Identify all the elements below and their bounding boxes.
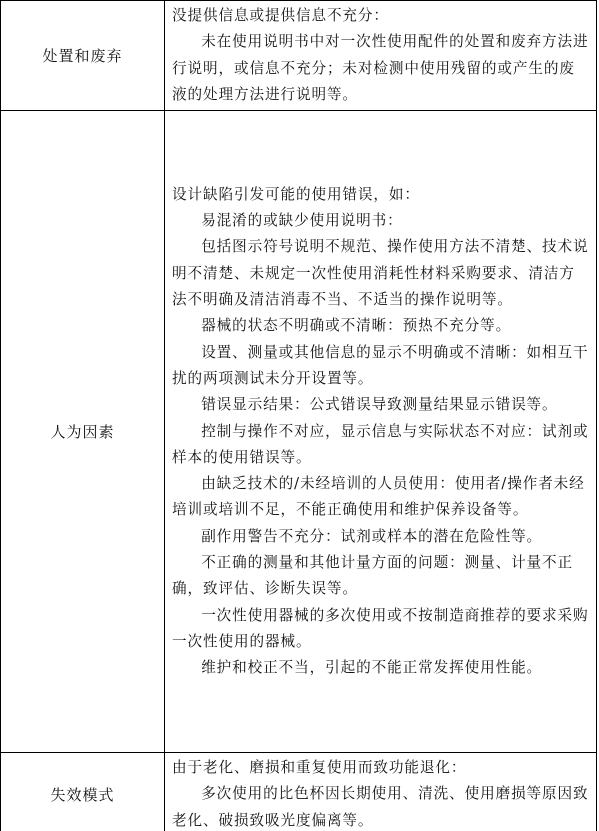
paragraph: 设置、测量或其他信息的显示不明确或不清晰：如相互干扰的两项测试未分开设置等。 — [172, 340, 590, 393]
paragraph: 设计缺陷引发可能的使用错误，如： — [172, 182, 590, 208]
paragraph: 易混淆的或缺少使用说明书： — [172, 208, 590, 234]
paragraph: 一次性使用器械的多次使用或不按制造商推荐的要求采购一次性使用的器械。 — [172, 603, 590, 656]
paragraph: 未在使用说明书中对一次性使用配件的处置和废弃方法进行说明，或信息不充分；未对检测… — [172, 29, 590, 108]
paragraph: 包括图示符号说明不规范、操作使用方法不清楚、技术说明不清楚、未规定一次性使用消耗… — [172, 234, 590, 313]
category-cell: 处置和废弃 — [1, 1, 165, 111]
description-cell: 没提供信息或提供信息不充分： 未在使用说明书中对一次性使用配件的处置和废弃方法进… — [165, 1, 597, 111]
hazard-table: 处置和废弃 没提供信息或提供信息不充分： 未在使用说明书中对一次性使用配件的处置… — [0, 0, 597, 831]
description-cell: 由于老化、磨损和重复使用而致功能退化： 多次使用的比色杯因长期使用、清洗、使用磨… — [165, 753, 597, 831]
paragraph: 不正确的测量和其他计量方面的问题：测量、计量不正确，致评估、诊断失误等。 — [172, 550, 590, 603]
category-cell: 人为因素 — [1, 111, 165, 753]
description-cell: 设计缺陷引发可能的使用错误，如： 易混淆的或缺少使用说明书： 包括图示符号说明不… — [165, 111, 597, 753]
paragraph: 维护和校正不当，引起的不能正常发挥使用性能。 — [172, 655, 590, 681]
table-row: 失效模式 由于老化、磨损和重复使用而致功能退化： 多次使用的比色杯因长期使用、清… — [1, 753, 597, 831]
category-cell: 失效模式 — [1, 753, 165, 831]
paragraph: 控制与操作不对应，显示信息与实际状态不对应：试剂或样本的使用错误等。 — [172, 419, 590, 472]
paragraph: 器械的状态不明确或不清晰：预热不充分等。 — [172, 313, 590, 339]
paragraph: 副作用警告不充分：试剂或样本的潜在危险性等。 — [172, 524, 590, 550]
paragraph: 多次使用的比色杯因长期使用、清洗、使用磨损等原因致老化、破损致吸光度偏离等。 — [172, 781, 590, 831]
table-row: 人为因素 设计缺陷引发可能的使用错误，如： 易混淆的或缺少使用说明书： 包括图示… — [1, 111, 597, 753]
paragraph: 由缺乏技术的/未经培训的人员使用：使用者/操作者未经培训或培训不足，不能正确使用… — [172, 471, 590, 524]
paragraph: 错误显示结果：公式错误导致测量结果显示错误等。 — [172, 392, 590, 418]
paragraph: 没提供信息或提供信息不充分： — [172, 3, 590, 29]
paragraph: 由于老化、磨损和重复使用而致功能退化： — [172, 755, 590, 781]
table-row: 处置和废弃 没提供信息或提供信息不充分： 未在使用说明书中对一次性使用配件的处置… — [1, 1, 597, 111]
